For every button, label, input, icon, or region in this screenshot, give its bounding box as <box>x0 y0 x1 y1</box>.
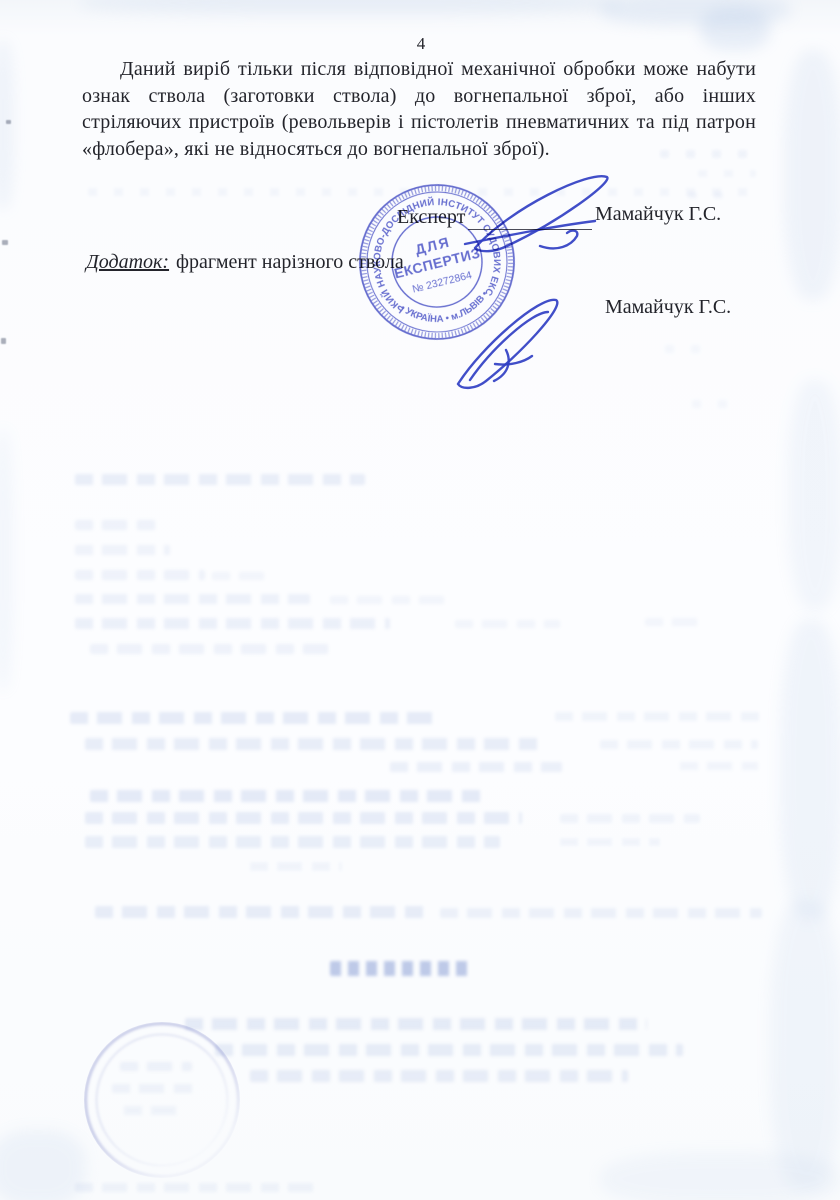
bleedthrough-line <box>212 572 274 580</box>
bleedthrough-line <box>560 814 700 823</box>
scan-smudge <box>780 620 840 920</box>
bleedthrough-line <box>698 170 756 177</box>
scan-smudge <box>784 50 840 300</box>
body-paragraph: Даний виріб тільки після відповідної мех… <box>82 56 756 162</box>
page-number: 4 <box>85 34 757 54</box>
scan-speck <box>6 120 11 124</box>
bleedthrough-line <box>88 188 748 196</box>
bleedthrough-line <box>70 712 442 724</box>
bleedthrough-line <box>250 862 342 871</box>
bleedthrough-line <box>455 620 560 628</box>
scan-smudge <box>80 0 620 14</box>
bleedthrough-line <box>85 812 522 824</box>
bleedthrough-line <box>95 906 427 918</box>
scan-smudge <box>788 380 840 610</box>
bleedthrough-line <box>75 520 157 530</box>
bleedthrough-line <box>85 836 500 848</box>
bleedthrough-line <box>75 545 170 555</box>
bleedthrough-line <box>90 644 330 654</box>
bleedthrough-line <box>75 570 205 580</box>
bleedthrough-line <box>75 594 310 604</box>
bleedthrough-line <box>75 474 365 485</box>
bleedthrough-line <box>390 762 562 772</box>
bleedthrough-title <box>330 961 470 976</box>
bleedthrough-line <box>75 1183 315 1192</box>
bleedthrough-line <box>85 738 540 750</box>
second-signature <box>448 286 578 391</box>
bleedthrough-line <box>90 790 482 802</box>
bleedthrough-line <box>185 1018 647 1030</box>
bleedthrough-line <box>645 618 703 626</box>
bleedthrough-line <box>75 618 390 629</box>
attachment-label: Додаток: <box>86 251 169 273</box>
bleedthrough-line <box>250 1070 628 1082</box>
expert-signature <box>455 166 620 261</box>
bleedthrough-line <box>215 1044 683 1056</box>
scan-smudge <box>0 1130 86 1200</box>
second-signatory-name: Мамайчук Г.С. <box>605 296 731 319</box>
scan-speck <box>2 240 8 245</box>
bleedthrough-line <box>680 762 758 770</box>
scan-speck <box>1 338 6 344</box>
bleedthrough-stamp <box>84 1022 240 1178</box>
bleedthrough-line <box>692 400 732 408</box>
scan-smudge <box>600 1152 840 1200</box>
bleedthrough-line <box>660 150 748 158</box>
scan-smudge <box>0 40 14 210</box>
scanned-document-page: 4 Даний виріб тільки після відповідної м… <box>0 0 840 1200</box>
bleedthrough-line <box>688 192 736 199</box>
scan-smudge <box>770 900 840 1190</box>
bleedthrough-line <box>600 740 758 749</box>
bleedthrough-line <box>330 596 452 604</box>
scan-smudge <box>0 430 12 690</box>
bleedthrough-line <box>440 908 762 918</box>
bleedthrough-line <box>665 345 707 353</box>
bleedthrough-line <box>555 712 760 721</box>
bleedthrough-line <box>560 838 660 846</box>
